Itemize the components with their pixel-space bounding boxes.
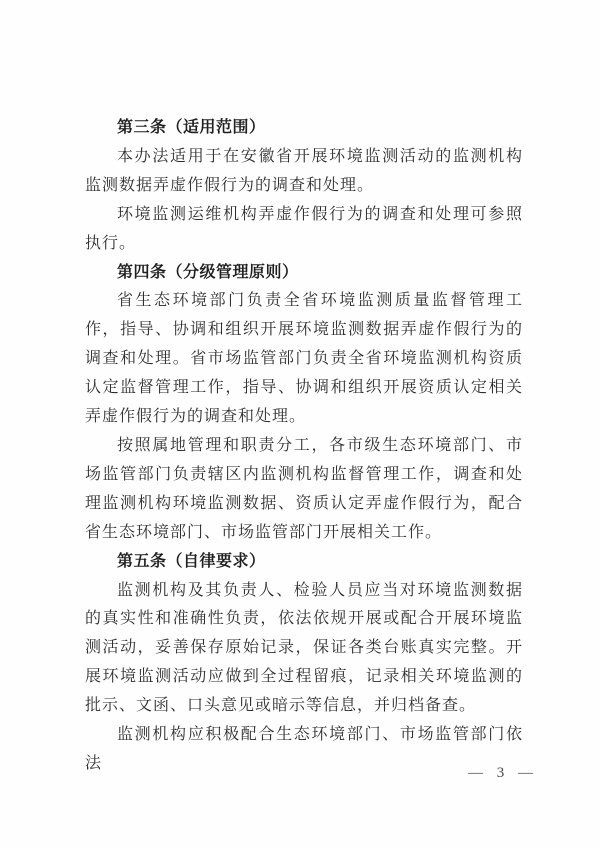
article-paragraph: 监测机构应积极配合生态环境部门、市场监管部门依法 [85, 721, 523, 779]
article-paragraph: 环境监测运维机构弄虚作假行为的调查和处理可参照执行。 [85, 201, 523, 259]
article-heading: 第四条（分级管理原则） [85, 259, 523, 288]
document-body: 第三条（适用范围）本办法适用于在安徽省开展环境监测活动的监测机构监测数据弄虚作假… [85, 114, 523, 779]
article-heading: 第五条（自律要求） [85, 548, 523, 577]
page-number: — 3 — [468, 762, 538, 784]
article-heading: 第三条（适用范围） [85, 114, 523, 143]
article-paragraph: 按照属地管理和职责分工，各市级生态环境部门、市场监管部门负责辖区内监测机构监督管… [85, 432, 523, 548]
document-page: 第三条（适用范围）本办法适用于在安徽省开展环境监测活动的监测机构监测数据弄虚作假… [0, 0, 600, 848]
article-paragraph: 本办法适用于在安徽省开展环境监测活动的监测机构监测数据弄虚作假行为的调查和处理。 [85, 143, 523, 201]
article-paragraph: 省生态环境部门负责全省环境监测质量监督管理工作，指导、协调和组织开展环境监测数据… [85, 287, 523, 432]
article-paragraph: 监测机构及其负责人、检验人员应当对环境监测数据的真实性和准确性负责，依法依规开展… [85, 577, 523, 722]
